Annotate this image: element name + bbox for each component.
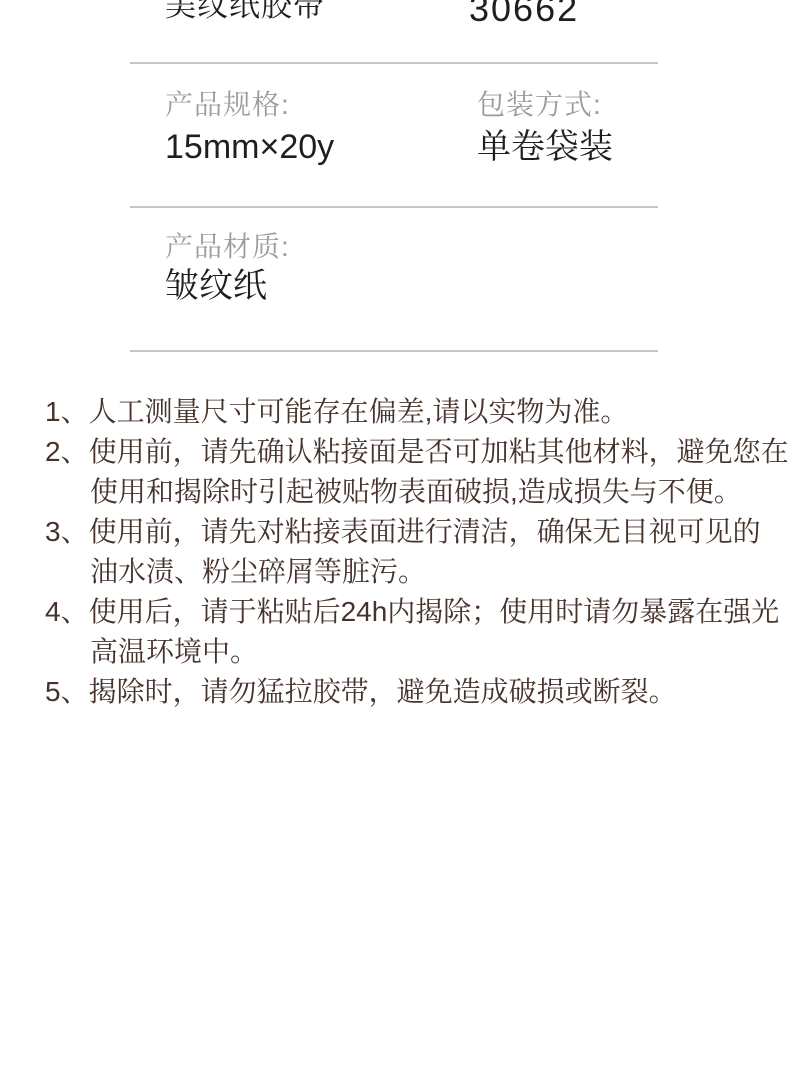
note-item-1: 1、人工测量尺寸可能存在偏差,请以实物为准。: [45, 392, 765, 432]
note-text: 揭除时，请勿猛拉胶带，避免造成破损或断裂。: [89, 676, 677, 707]
divider: [130, 62, 658, 64]
note-line: 2、使用前，请先确认粘接面是否可加粘其他材料，避免您在: [45, 432, 765, 472]
spec-label: 产品规格:: [165, 91, 290, 119]
note-line: 5、揭除时，请勿猛拉胶带，避免造成破损或断裂。: [45, 672, 765, 712]
note-text: 使用前，请先对粘接表面进行清洁，确保无目视可见的: [89, 516, 761, 547]
note-line: 1、人工测量尺寸可能存在偏差,请以实物为准。: [45, 392, 765, 432]
note-number: 1、: [45, 396, 89, 427]
divider: [130, 350, 658, 352]
note-number: 5、: [45, 676, 89, 707]
note-text: 使用后，请于粘贴后24h内揭除；使用时请勿暴露在强光: [89, 596, 780, 627]
note-number: 2、: [45, 436, 89, 467]
note-line: 油水渍、粉尘碎屑等脏污。: [45, 552, 765, 592]
note-number: 3、: [45, 516, 89, 547]
note-number: 4、: [45, 596, 89, 627]
divider: [130, 206, 658, 208]
note-item-2: 2、使用前，请先确认粘接面是否可加粘其他材料，避免您在 使用和揭除时引起被贴物表…: [45, 432, 765, 512]
material-value: 皱纹纸: [165, 269, 267, 303]
material-label: 产品材质:: [165, 233, 290, 261]
note-item-4: 4、使用后，请于粘贴后24h内揭除；使用时请勿暴露在强光 高温环境中。: [45, 592, 765, 672]
note-item-3: 3、使用前，请先对粘接表面进行清洁，确保无目视可见的 油水渍、粉尘碎屑等脏污。: [45, 512, 765, 592]
item-code-value: 30662: [469, 0, 579, 27]
note-text: 人工测量尺寸可能存在偏差,请以实物为准。: [89, 396, 629, 427]
note-text: 使用前，请先确认粘接面是否可加粘其他材料，避免您在: [89, 436, 789, 467]
packaging-label: 包装方式:: [477, 91, 602, 119]
spec-value: 15mm×20y: [165, 130, 334, 164]
product-name-value: 美纹纸胶带: [165, 0, 325, 21]
usage-notes: 1、人工测量尺寸可能存在偏差,请以实物为准。 2、使用前，请先确认粘接面是否可加…: [45, 392, 765, 712]
note-line: 高温环境中。: [45, 632, 765, 672]
packaging-value: 单卷袋装: [477, 130, 613, 164]
note-line: 3、使用前，请先对粘接表面进行清洁，确保无目视可见的: [45, 512, 765, 552]
note-line: 4、使用后，请于粘贴后24h内揭除；使用时请勿暴露在强光: [45, 592, 765, 632]
note-line: 使用和揭除时引起被贴物表面破损,造成损失与不便。: [45, 472, 765, 512]
note-item-5: 5、揭除时，请勿猛拉胶带，避免造成破损或断裂。: [45, 672, 765, 712]
